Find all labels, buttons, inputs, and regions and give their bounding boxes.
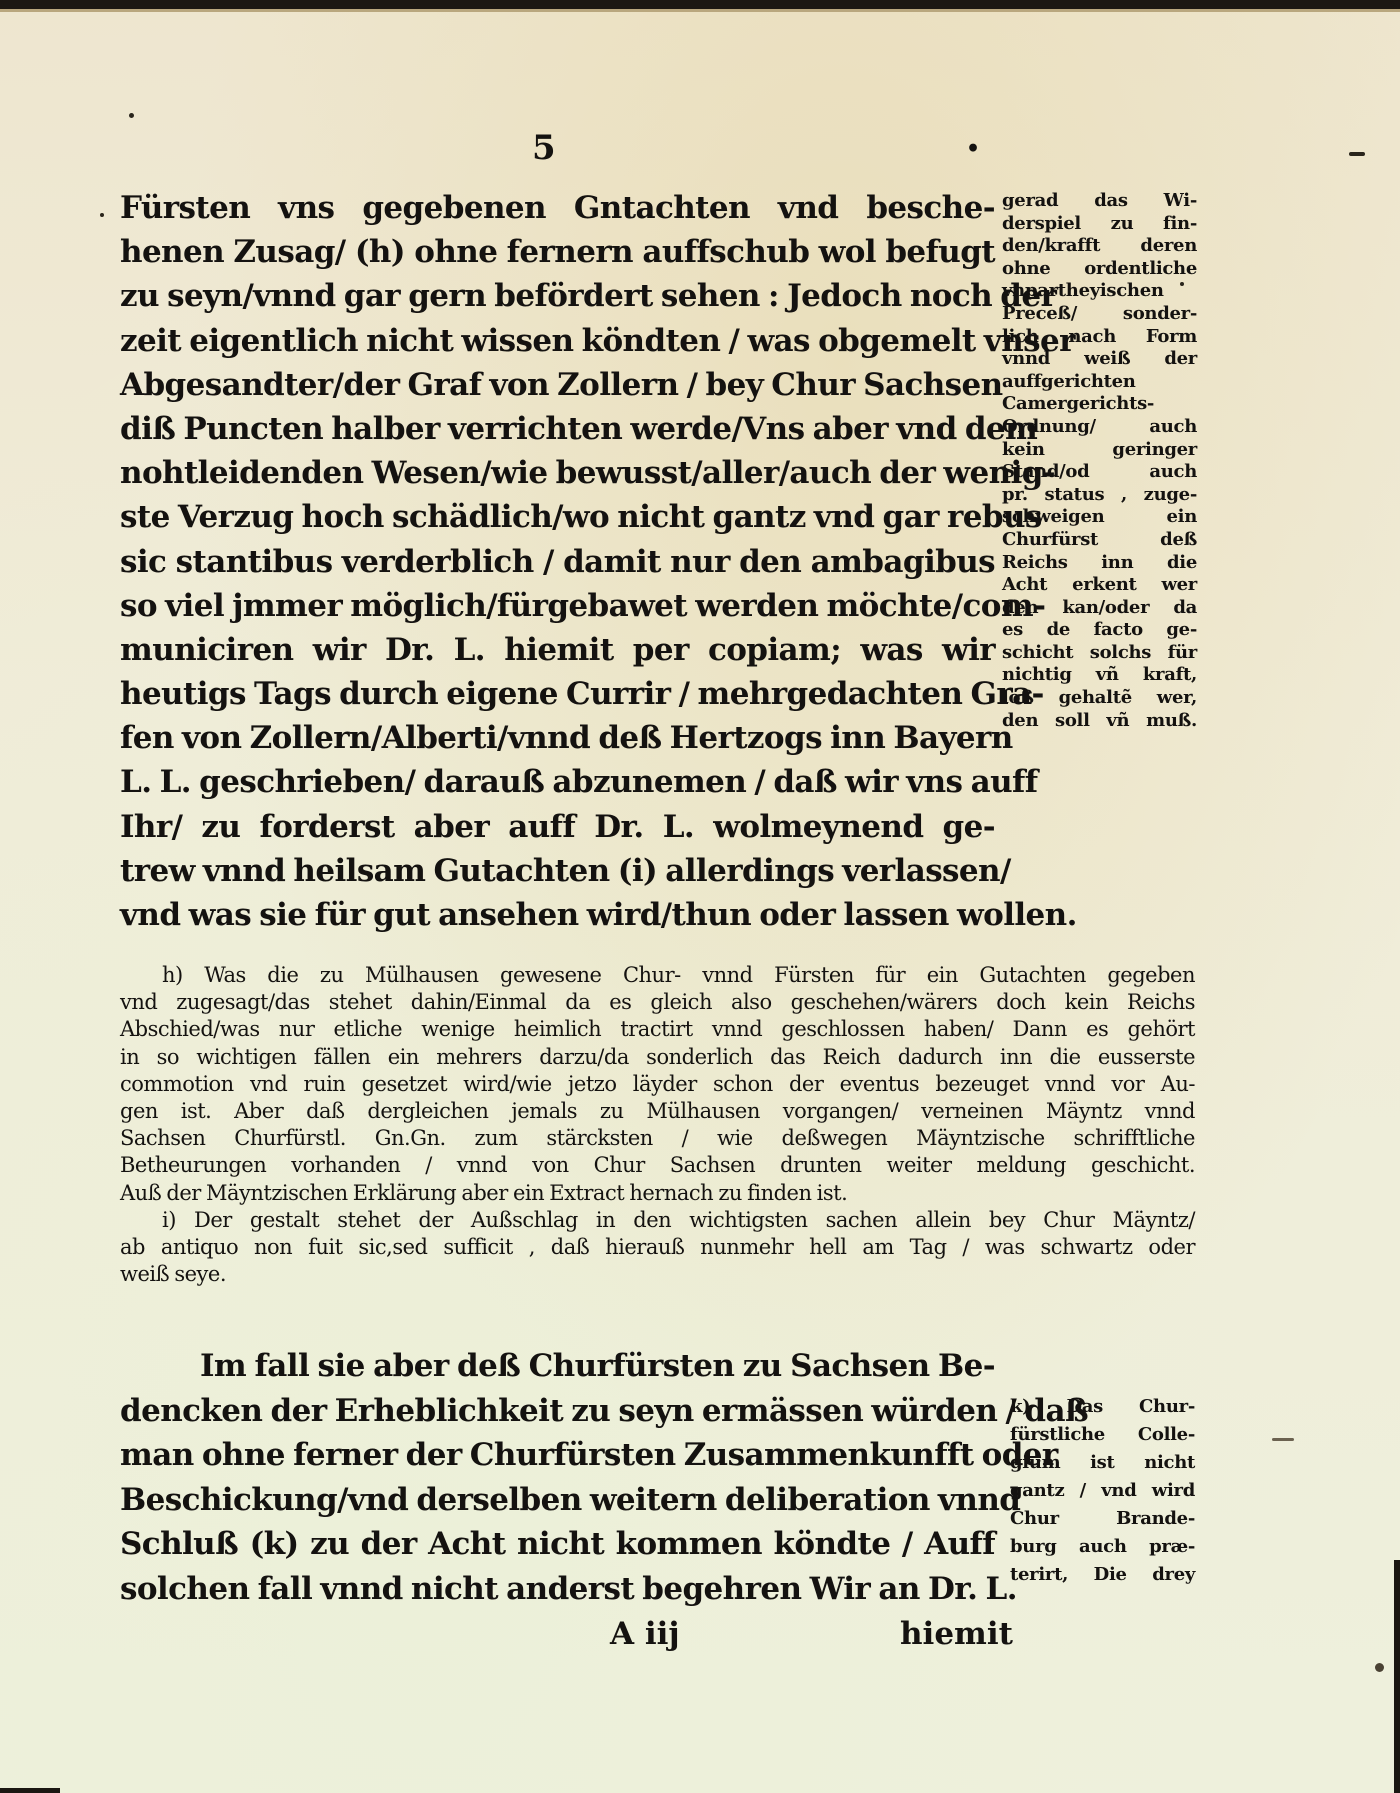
para-line: man ohne ferner der Churfürsten Zusammen… <box>120 1433 995 1478</box>
margin-line: den kan/oder da <box>1002 597 1197 620</box>
para-line: Beschickung/vnd derselben weitern delibe… <box>120 1478 995 1523</box>
margin-line: schicht solchs für <box>1002 642 1197 665</box>
margin-line: derspiel zu fin- <box>1002 213 1197 236</box>
margin-k-line: gium ist nicht <box>1010 1449 1195 1477</box>
margin-line: nichtig vñ kraft, <box>1002 664 1197 687</box>
main-line: so viel jmmer möglich/fürgebawet werden … <box>120 584 995 628</box>
main-line: Abgesandter/der Graf von Zollern / bey C… <box>120 363 995 407</box>
margin-line: vnpartheyischen <box>1002 280 1197 303</box>
para-line: Im fall sie aber deß Churfürsten zu Sach… <box>120 1344 995 1389</box>
main-line: diß Puncten halber verrichten werde/Vns … <box>120 407 995 451</box>
footnote-h-line: in so wichtigen fällen ein mehrers darzu… <box>120 1044 1195 1071</box>
margin-k-line: gantz / vnd wird <box>1010 1477 1195 1505</box>
footnote-h-line: vnd zugesagt/das stehet dahin/Einmal da … <box>120 989 1195 1016</box>
margin-line: loß gehaltẽ wer, <box>1002 687 1197 710</box>
main-line: Fürsten vns gegebenen Gntachten vnd besc… <box>120 186 995 230</box>
margin-k-line: burg auch præ- <box>1010 1533 1195 1561</box>
margin-line: den/krafft deren <box>1002 235 1197 258</box>
main-line: L. L. geschrieben/ darauß abzunemen / da… <box>120 760 995 804</box>
main-line: trew vnnd heilsam Gutachten (i) allerdin… <box>120 849 995 893</box>
footnote-h-line: Sachsen Churfürstl. Gn.Gn. zum stärckste… <box>120 1125 1195 1152</box>
main-line: municiren wir Dr. L. hiemit per copiam; … <box>120 628 995 672</box>
footnote-h-line: Betheurungen vorhanden / vnnd von Chur S… <box>120 1152 1195 1179</box>
margin-k-line: fürstliche Colle- <box>1010 1421 1195 1449</box>
margin-line: Stand/od auch <box>1002 461 1197 484</box>
main-line: zeit eigentlich nicht wissen köndten / w… <box>120 319 995 363</box>
top-mark: • <box>966 136 980 162</box>
margin-line: Preceß/ sonder- <box>1002 303 1197 326</box>
main-line: Ihr/ zu forderst aber auff Dr. L. wolmey… <box>120 805 995 849</box>
main-text-block: Fürsten vns gegebenen Gntachten vnd besc… <box>120 186 995 937</box>
marginal-note-k: k) Das Chur- fürstliche Colle- gium ist … <box>1010 1393 1195 1589</box>
main-line: vnd was sie für gut ansehen wird/thun od… <box>120 893 995 937</box>
margin-k-line: Chur Brande- <box>1010 1505 1195 1533</box>
page-bottom-edge-shadow <box>0 1788 60 1793</box>
margin-k-line: terirt, Die drey <box>1010 1561 1195 1589</box>
margin-line: den soll vñ muß. <box>1002 710 1197 733</box>
margin-line: ohne ordentliche <box>1002 258 1197 281</box>
main-line: ste Verzug hoch schädlich/wo nicht gantz… <box>120 495 995 539</box>
main-line: heutigs Tags durch eigene Currir / mehrg… <box>120 672 995 716</box>
margin-line: pr. status , zuge- <box>1002 484 1197 507</box>
main-line: henen Zusag/ (h) ohne fernern auffschub … <box>120 230 995 274</box>
page-top-edge-line <box>0 9 1400 12</box>
second-paragraph: Im fall sie aber deß Churfürsten zu Sach… <box>120 1344 995 1611</box>
footnotes: h) Was die zu Mülhausen gewesene Chur- v… <box>120 962 1195 1288</box>
margin-line: Churfürst deß <box>1002 529 1197 552</box>
main-line: zu seyn/vnnd gar gern befördert sehen : … <box>120 274 995 318</box>
main-line: nohtleidenden Wesen/wie bewusst/aller/au… <box>120 451 995 495</box>
margin-k-line: k) Das Chur- <box>1010 1393 1195 1421</box>
footnote-h-line: Abschied/was nur etliche wenige heimlich… <box>120 1016 1195 1043</box>
margin-line: Reichs inn die <box>1002 552 1197 575</box>
page-right-edge-shadow <box>1394 1560 1400 1793</box>
paper-speck <box>1375 1663 1384 1672</box>
marginal-note: gerad das Wi- derspiel zu fin- den/kraff… <box>1002 190 1197 732</box>
margin-line: vnnd weiß der <box>1002 348 1197 371</box>
footnote-h-line: Auß der Mäyntzischen Erklärung aber ein … <box>120 1180 1195 1207</box>
margin-line: Camergerichts- <box>1002 393 1197 416</box>
catchword: hiemit <box>900 1616 1013 1652</box>
footnote-i-line: weiß seye. <box>120 1261 1195 1288</box>
paper-speck <box>1272 1438 1294 1441</box>
page-top-edge <box>0 0 1400 9</box>
margin-line: es de facto ge- <box>1002 619 1197 642</box>
page-number: 5 <box>532 128 556 168</box>
book-page: 5 • Fürsten vns gegebenen Gntachten vnd … <box>0 0 1400 1793</box>
margin-line: schweigen ein <box>1002 506 1197 529</box>
footnote-h-line: commotion vnd ruin gesetzet wird/wie jet… <box>120 1071 1195 1098</box>
signature-mark: A iij <box>610 1616 680 1652</box>
margin-line: auffgerichten <box>1002 371 1197 394</box>
footnote-i-line: ab antiquo non fuit sic,sed sufficit , d… <box>120 1234 1195 1261</box>
para-line: solchen fall vnnd nicht anderst begehren… <box>120 1567 995 1612</box>
footnote-i-line: i) Der gestalt stehet der Außschlag in d… <box>120 1207 1195 1234</box>
margin-line: Acht erkent wer <box>1002 574 1197 597</box>
para-line: dencken der Erheblichkeit zu seyn ermäss… <box>120 1389 995 1434</box>
margin-line: Ordnung/ auch <box>1002 416 1197 439</box>
footnote-h-line: gen ist. Aber daß dergleichen jemals zu … <box>120 1098 1195 1125</box>
para-line: Schluß (k) zu der Acht nicht kommen könd… <box>120 1522 995 1567</box>
main-line: fen von Zollern/Alberti/vnnd deß Hertzog… <box>120 716 995 760</box>
paper-speck <box>1349 152 1365 156</box>
footnote-h-line: h) Was die zu Mülhausen gewesene Chur- v… <box>120 962 1195 989</box>
paper-speck <box>129 113 134 118</box>
margin-line: kein geringer <box>1002 439 1197 462</box>
main-line: sic stantibus verderblich / damit nur de… <box>120 540 995 584</box>
paper-speck <box>100 213 104 217</box>
margin-line: gerad das Wi- <box>1002 190 1197 213</box>
margin-line: lich nach Form <box>1002 326 1197 349</box>
